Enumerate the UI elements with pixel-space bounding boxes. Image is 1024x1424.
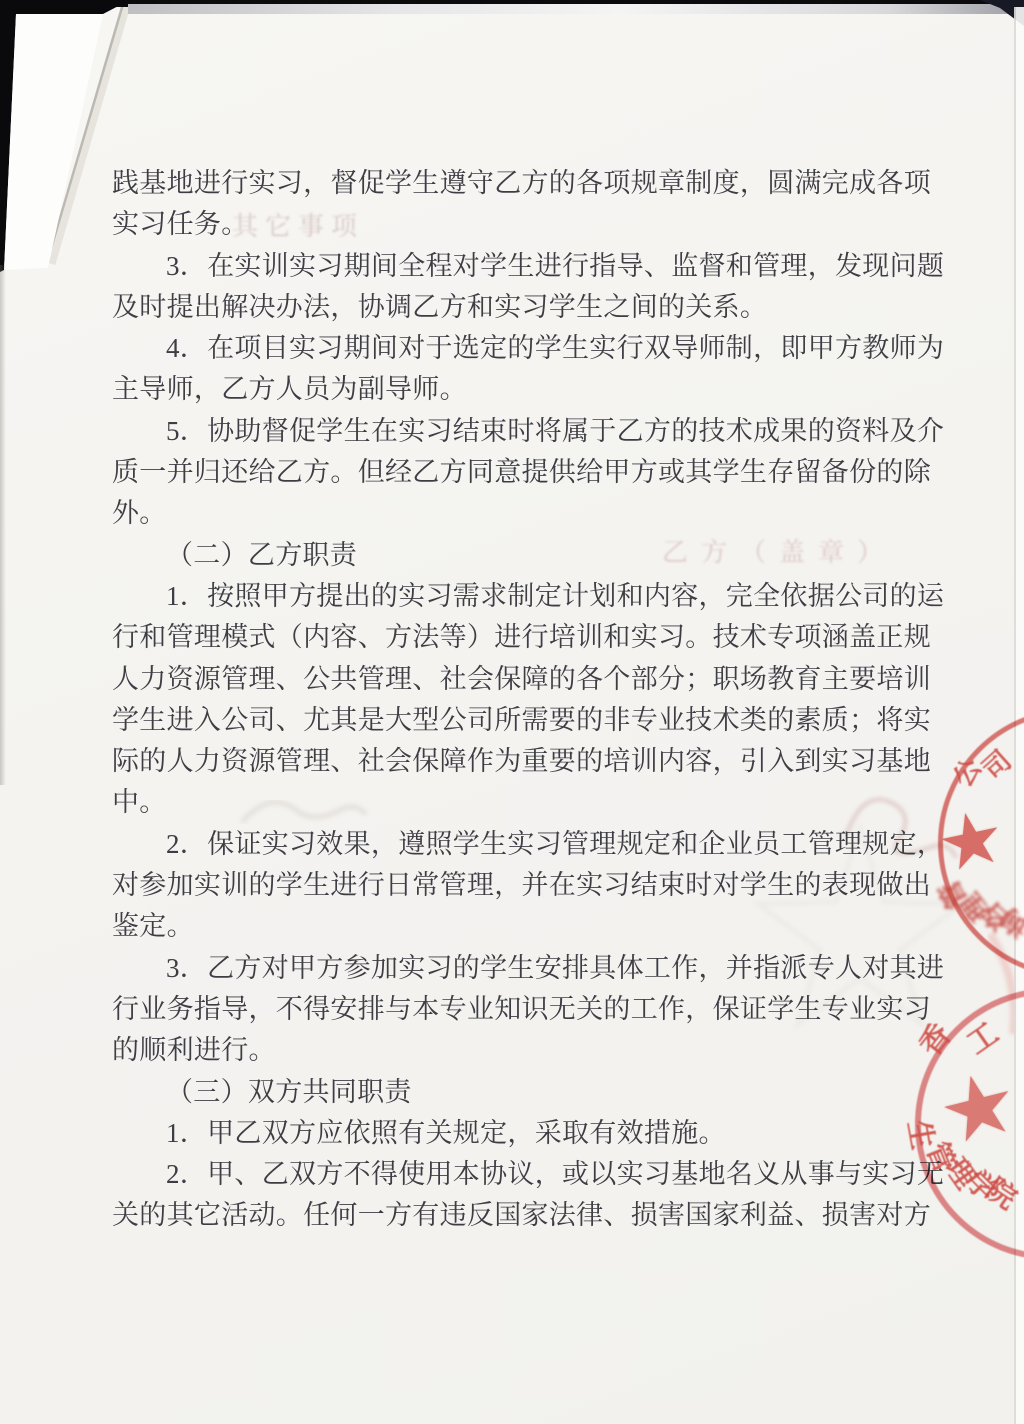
college-seal-char: 理: [937, 1149, 987, 1196]
company-seal-ring: [938, 708, 1024, 978]
doc-line: 践基地进行实习，督促学生遵守乙方的各项规章制度，圆满完成各项: [112, 163, 924, 204]
doc-line: 5．协助督促学生在实习结束时将属于乙方的技术成果的资料及介: [112, 411, 924, 452]
company-seal-char-blurred: 管: [928, 874, 975, 916]
doc-line: 中。: [112, 782, 924, 823]
scan-page: 其它事项 乙方（盖章） 践基地进行实习，督促学生遵守乙方的各项规章制度，圆满完成…: [0, 0, 1024, 1424]
doc-line: 1．甲乙双方应依照有关规定，采取有效措施。: [112, 1113, 924, 1154]
doc-line: 对参加实训的学生进行日常管理，并在实习结束时对学生的表现做出: [112, 865, 924, 906]
page-top-edge-band: [128, 4, 1024, 14]
college-seal-ring: [915, 988, 1024, 1260]
doc-line: 学生进入公司、尤其是大型公司所需要的非专业技术类的素质；将实: [112, 700, 924, 741]
doc-line: 行业务指导，不得安排与本专业知识无关的工作，保证学生专业实习: [112, 989, 924, 1030]
doc-section-heading: （三）双方共同职责: [112, 1072, 924, 1113]
college-seal-char: 工: [956, 1009, 1006, 1062]
doc-line: 及时提出解决办法，协调乙方和实习学生之间的关系。: [112, 287, 924, 328]
company-seal-char: 司: [972, 740, 1018, 787]
college-seal-star-icon: ★: [929, 1050, 1024, 1166]
doc-line: 主导师，乙方人员为副导师。: [112, 369, 924, 410]
doc-line: 4．在项目实习期间对于选定的学生实行双导师制，即甲方教师为: [112, 328, 924, 369]
company-seal-char-blurred: 咨: [971, 894, 1017, 941]
doc-line: 2．甲、乙双方不得使用本协议，或以实习基地名义从事与实习无: [112, 1154, 924, 1195]
seal-smudge-streak: [990, 934, 1014, 1034]
doc-line: 实习任务。: [112, 204, 924, 245]
doc-line: 3．在实训实习期间全程对学生进行指导、监督和管理，发现问题: [112, 246, 924, 287]
doc-section-heading: （二）乙方职责: [112, 535, 924, 576]
doc-line: 际的人力资源管理、社会保障作为重要的培训内容，引入到实习基地: [112, 741, 924, 782]
doc-line: 人力资源管理、公共管理、社会保障的各个部分；职场教育主要培训: [112, 659, 924, 700]
company-seal-char-blurred: 理: [950, 886, 997, 931]
page-left-edge-shadow: [0, 265, 6, 785]
doc-line: 的顺利进行。: [112, 1030, 924, 1071]
doc-line: 鉴定。: [112, 906, 924, 947]
college-seal-char: 学: [958, 1160, 1008, 1210]
doc-line: 质一并归还给乙方。但经乙方同意提供给甲方或其学生存留备份的除: [112, 452, 924, 493]
doc-line: 1．按照甲方提出的实习需求制定计划和内容，完全依据公司的运: [112, 576, 924, 617]
doc-line: 外。: [112, 493, 924, 534]
page-right-edge: [1014, 7, 1024, 1424]
doc-line: 3．乙方对甲方参加实习的学生安排具体工作，并指派专人对其进: [112, 948, 924, 989]
document-text-block: 践基地进行实习，督促学生遵守乙方的各项规章制度，圆满完成各项 实习任务。 3．在…: [112, 163, 924, 1237]
company-seal-char: 公: [942, 749, 989, 793]
doc-line: 2．保证实习效果，遵照学生实习管理规定和企业员工管理规定，: [112, 824, 924, 865]
doc-line: 行和管理模式（内容、方法等）进行培训和实习。技术专项涵盖正规: [112, 617, 924, 658]
doc-line: 关的其它活动。任何一方有违反国家法律、损害国家利益、损害对方: [112, 1195, 924, 1236]
